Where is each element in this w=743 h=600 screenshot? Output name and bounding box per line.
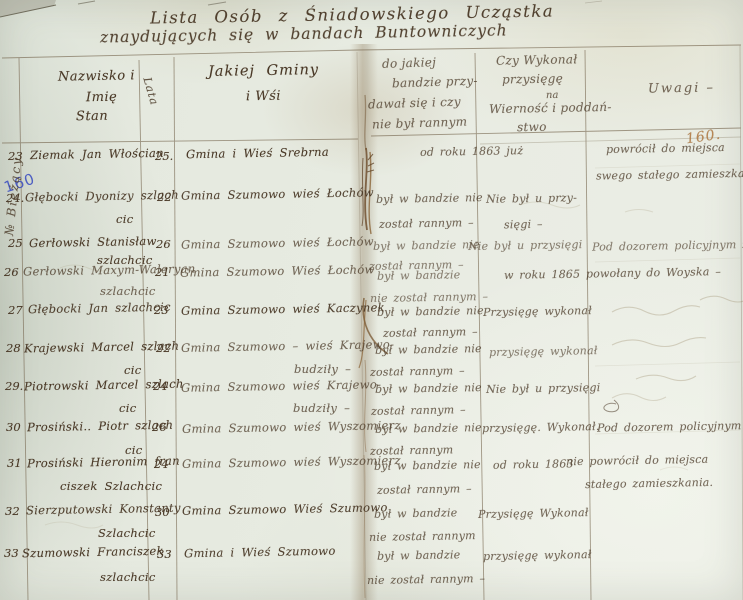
header-name-line-1: Nazwisko i: [58, 69, 135, 84]
remarks-cell: Pod dozorem policyjnym zostaje: [597, 419, 743, 434]
row-number: 33: [4, 547, 19, 559]
name-cell: cic: [116, 213, 133, 225]
header-oath-line-2: przysięgę: [502, 72, 563, 86]
oath-cell: Przysięgę Wykonał: [478, 507, 589, 520]
gmina-cell: Gmina Szumowo wieś Wyszomierz: [182, 419, 401, 435]
ink-flourish: [604, 400, 619, 412]
row-number: 32: [5, 505, 20, 517]
header-age-label: Lata: [141, 76, 160, 107]
band-cell: był w bandzie nie: [375, 422, 482, 435]
age-cell: 25.: [155, 150, 173, 162]
oath-cell: sięgi –: [504, 219, 543, 231]
band-cell: był w bandzie nie: [373, 239, 480, 252]
oath-cell: przysięgę. Wykonał.: [482, 421, 600, 435]
band-cell: został rannym –: [370, 365, 465, 378]
band-cell: był w bandzie nie: [374, 459, 481, 472]
age-cell: 22: [157, 191, 172, 203]
remarks-cell: Pod dozorem policyjnym zostaje: [592, 238, 743, 253]
oath-cell: Nie był u przysięgi: [468, 239, 583, 253]
band-cell: został rannym –: [379, 217, 474, 230]
oath-cell: w roku 1865 powołany do Woyska –: [504, 266, 721, 281]
row-number: 24.: [6, 192, 24, 204]
oath-cell: od roku 1863 już: [420, 145, 523, 158]
band-cell: był w bandzie nie: [376, 192, 483, 205]
band-cell: nie został rannym –: [367, 573, 485, 587]
header-band-line-1: do jakiej: [382, 56, 437, 70]
row-number: 27: [8, 304, 23, 316]
band-cell: był w bandzie nie: [375, 343, 482, 356]
gmina-cell: budziły –: [293, 402, 350, 414]
remarks-cell: swego stałego zamieszkania –: [596, 167, 743, 182]
band-cell: został rannym –: [371, 404, 466, 417]
remarks-cell: powrócił do miejsca: [606, 142, 725, 156]
name-cell: ciszek Szlachcic: [60, 480, 162, 492]
row-number: 31: [7, 457, 22, 469]
row-number: 26: [4, 266, 19, 278]
name-cell: Gerłowski Stanisław: [29, 235, 157, 249]
gmina-cell: Gmina Szumowo wieś Kaczynek: [181, 301, 385, 317]
header-band-line-2: bandzie przy-: [392, 75, 478, 90]
name-cell: Głębocki Jan szlachcic: [28, 301, 171, 316]
header-gmina-line-2: i Wśi: [246, 90, 281, 104]
gmina-cell: Gmina Szumowo wieś Wyszomierz: [182, 454, 401, 470]
oath-cell: Nie był u przysięgi: [486, 382, 601, 396]
row-number: 23: [8, 150, 23, 162]
band-cell: był w bandzie nie: [375, 382, 482, 395]
header-name-line-3: Stan: [76, 110, 108, 124]
header-oath-line-1: Czy Wykonał: [496, 53, 578, 67]
name-cell: Ziemak Jan Włościan: [30, 147, 164, 161]
remarks-cell: stałego zamieszkania.: [585, 477, 713, 491]
gmina-cell: budziły –: [294, 363, 351, 375]
name-cell: szlachcic: [100, 285, 156, 297]
remarks-cell: nie powrócił do miejsca: [566, 454, 708, 468]
gmina-cell: Gmina Szumowo Wieś Łochów: [180, 263, 375, 278]
header-name-line-2: Imię: [86, 91, 118, 105]
band-cell: został rannym –: [377, 483, 472, 496]
header-remarks-label: Uwagi –: [648, 81, 715, 96]
document-scan-page: Lista Osób z Śniadowskiego Ucząstka znay…: [0, 0, 743, 600]
row-number: 28: [6, 342, 21, 354]
header-oath-line-5: stwo: [517, 121, 547, 134]
age-cell: 23: [154, 304, 169, 316]
oath-cell: Nie był u przy-: [486, 192, 577, 205]
age-cell: 24: [154, 458, 169, 470]
age-cell: 21: [155, 266, 170, 278]
gmina-cell: Gmina Szumowo wieś Łochów: [181, 235, 374, 250]
age-cell: 26: [156, 238, 171, 250]
row-number: 25: [8, 237, 23, 249]
oath-cell: przysięgę wykonał: [483, 549, 592, 562]
gmina-cell: Gmina Szumowo Wieś Szumowo: [182, 501, 388, 517]
faint-ruling-bleed: [595, 164, 740, 434]
band-cell: nie został rannym –: [370, 291, 488, 305]
age-cell: 26: [152, 421, 167, 433]
age-cell: 22: [156, 342, 171, 354]
gmina-cell: Gmina i Wieś Srebrna: [186, 146, 329, 161]
age-cell: 33: [157, 548, 172, 560]
name-cell: Głębocki Dyonizy szlach: [25, 189, 179, 204]
band-cell: był w bandzie: [374, 507, 458, 520]
row-number: 30: [6, 421, 21, 433]
header-gmina-line-1: Jakiej Gminy: [208, 63, 319, 80]
band-cell: został rannym –: [383, 326, 478, 339]
gmina-cell: Gmina Szumowo – wieś Krajewo-: [181, 338, 394, 354]
band-cell: był w bandzie: [377, 269, 461, 282]
row-number: 29.: [5, 380, 23, 392]
band-cell: był w bandzie: [377, 549, 461, 562]
oath-cell: przysięgę wykonał: [489, 345, 598, 358]
name-cell: cic: [124, 364, 141, 376]
gmina-cell: Gmina i Wieś Szumowo: [184, 545, 336, 560]
age-cell: 30: [155, 506, 170, 518]
name-cell: cic: [119, 402, 136, 414]
header-band-line-3: dawał się i czy: [368, 96, 461, 112]
oath-cell: od roku 1863: [493, 458, 574, 471]
age-cell: 24: [153, 380, 168, 392]
name-cell: Szlachcic: [98, 527, 156, 539]
header-oath-line-4: Wierność i poddań-: [489, 101, 612, 116]
name-cell: Szumowski Franciszek: [22, 545, 164, 560]
band-cell: był w bandzie nie: [377, 305, 484, 318]
header-band-line-4: nie był rannym: [372, 116, 468, 132]
name-cell: szlachcic: [100, 571, 156, 583]
gmina-cell: Gmina Szumowo wieś Krajewo-: [181, 378, 381, 394]
gmina-cell: Gmina Szumowo wieś Łochów: [181, 186, 374, 201]
oath-cell: Przysięgę wykonał: [483, 305, 592, 318]
band-cell: nie został rannym: [369, 530, 476, 543]
